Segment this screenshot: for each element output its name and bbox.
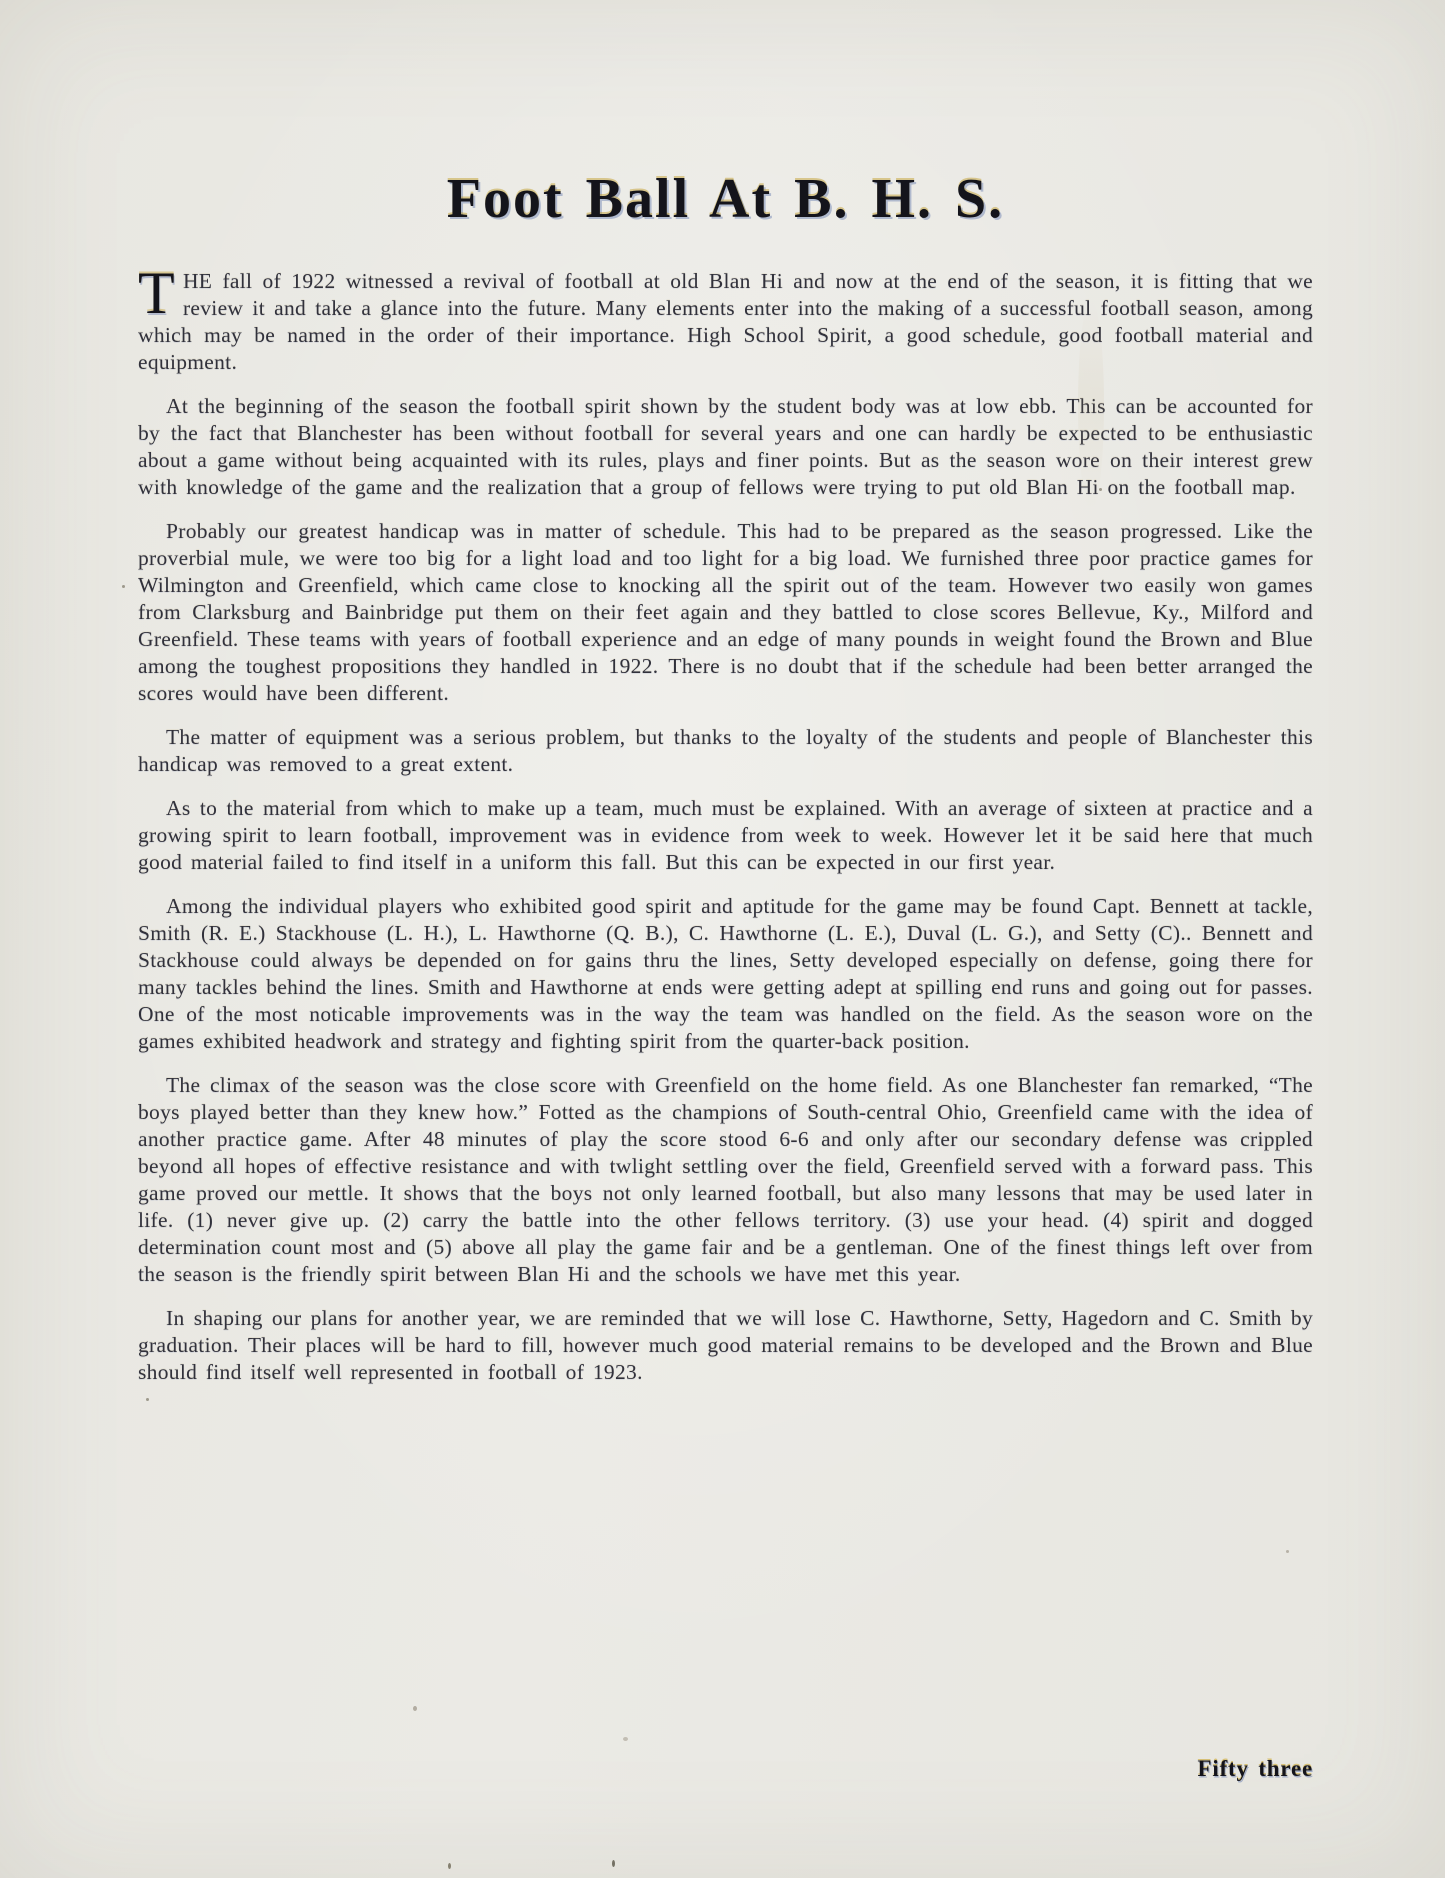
paper-speck bbox=[413, 1706, 417, 1711]
paper-speck bbox=[122, 585, 125, 588]
paragraph: At the beginning of the season the footb… bbox=[138, 393, 1313, 501]
paragraph: THE fall of 1922 witnessed a revival of … bbox=[138, 268, 1313, 376]
paper-speck bbox=[146, 1398, 149, 1401]
paper-speck bbox=[1099, 488, 1102, 491]
paragraph: Probably our greatest handicap was in ma… bbox=[138, 518, 1313, 707]
paper-speck bbox=[623, 1737, 628, 1741]
paragraph: The climax of the season was the close s… bbox=[138, 1072, 1313, 1288]
paragraph: The matter of equipment was a serious pr… bbox=[138, 724, 1313, 778]
drop-cap: T bbox=[138, 268, 183, 316]
yearbook-page: Foot Ball At B. H. S. THE fall of 1922 w… bbox=[0, 0, 1445, 1878]
article-body: THE fall of 1922 witnessed a revival of … bbox=[138, 268, 1313, 1403]
paper-stain bbox=[1078, 300, 1104, 510]
paragraph: In shaping our plans for another year, w… bbox=[138, 1305, 1313, 1386]
paper-speck bbox=[1286, 1550, 1289, 1553]
paper-speck bbox=[612, 1860, 615, 1867]
page-number: Fifty three bbox=[1198, 1756, 1313, 1782]
paragraph: Among the individual players who exhibit… bbox=[138, 893, 1313, 1055]
paper-speck bbox=[448, 1863, 451, 1869]
page-title: Foot Ball At B. H. S. bbox=[138, 162, 1313, 236]
paragraph: As to the material from which to make up… bbox=[138, 795, 1313, 876]
